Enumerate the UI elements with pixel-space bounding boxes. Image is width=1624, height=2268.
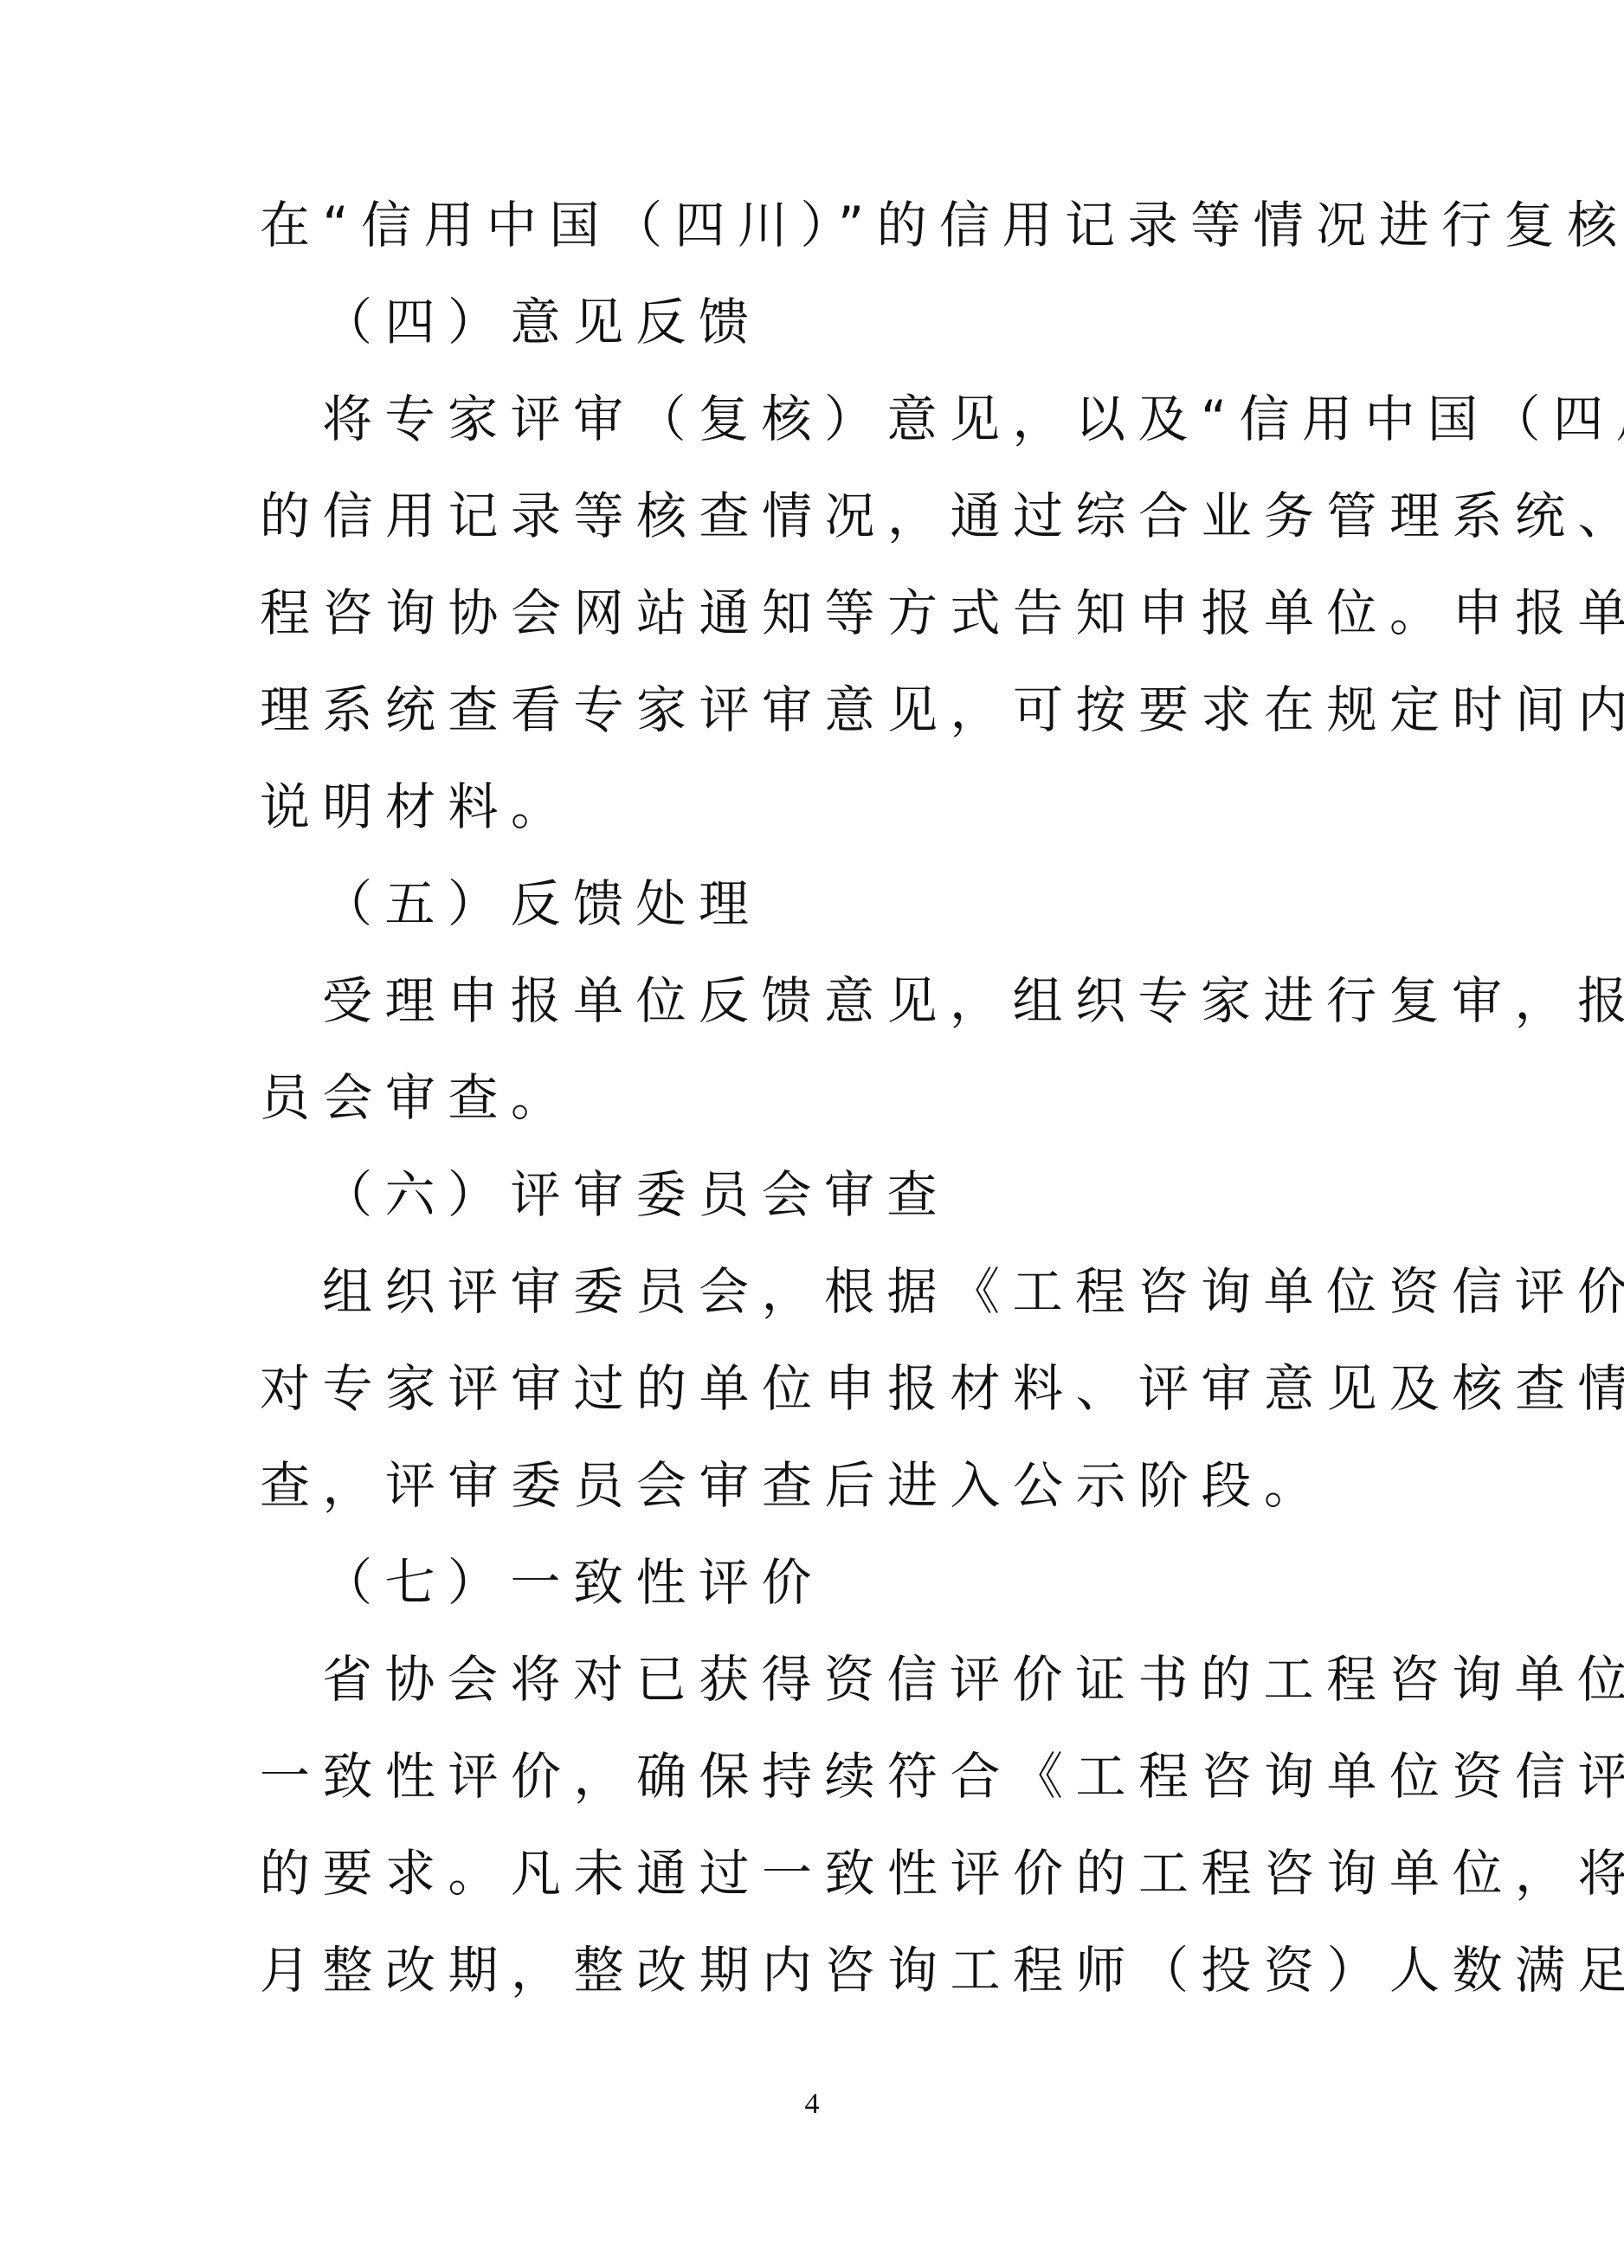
paragraph-line: 的信用记录等核查情况，通过综合业务管理系统、四川省工 [260, 486, 1394, 546]
paragraph-line: 将专家评审（复核）意见，以及“信用中国（四川）” [322, 389, 1394, 449]
page-number: 4 [0, 2088, 1624, 2121]
section-heading-4: （四）意见反馈 [322, 292, 1456, 352]
paragraph-line: 月整改期，整改期内咨询工程师（投资）人数满足乙级资信 [260, 1940, 1394, 2001]
document-page: 在“信用中国（四川）”的信用记录等情况进行复核。 （四）意见反馈 将专家评审（复… [0, 0, 1624, 2268]
paragraph-line: 一致性评价，确保持续符合《工程咨询单位资信评价标准》 [260, 1746, 1394, 1807]
paragraph-line: 查，评审委员会审查后进入公示阶段。 [260, 1455, 1394, 1516]
paragraph-line: 理系统查看专家评审意见，可按要求在规定时间内提供解释 [260, 680, 1394, 740]
paragraph-line: 省协会将对已获得资信评价证书的工程咨询单位开展 [322, 1649, 1394, 1710]
paragraph-line: 员会审查。 [260, 1067, 1394, 1128]
paragraph-line: 受理申报单位反馈意见，组织专家进行复审，报评审委 [322, 970, 1394, 1031]
paragraph-line: 在“信用中国（四川）”的信用记录等情况进行复核。 [260, 195, 1394, 255]
paragraph-line: 的要求。凡未通过一致性评价的工程咨询单位，将设定3个 [260, 1843, 1394, 1904]
paragraph-line: 组织评审委员会，根据《工程咨询单位资信评价标准》 [322, 1261, 1394, 1322]
section-heading-7: （七）一致性评价 [322, 1552, 1456, 1613]
paragraph-line: 程咨询协会网站通知等方式告知申报单位。申报单位登录管 [260, 583, 1394, 643]
paragraph-line: 说明材料。 [260, 776, 1394, 837]
paragraph-line: 对专家评审过的单位申报材料、评审意见及核查情况进行审 [260, 1358, 1394, 1419]
section-heading-5: （五）反馈处理 [322, 873, 1456, 934]
section-heading-6: （六）评审委员会审查 [322, 1164, 1456, 1225]
